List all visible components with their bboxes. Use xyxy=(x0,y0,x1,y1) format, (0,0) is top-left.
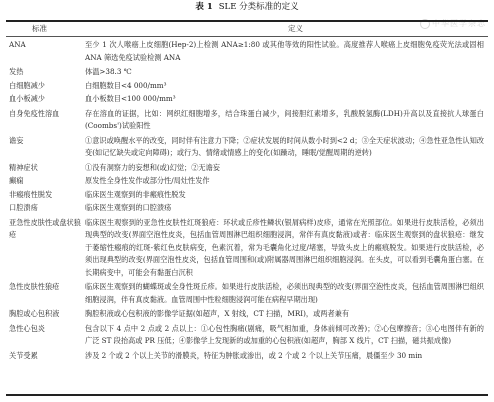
table-row: 发热 体温>38.3 ℃ xyxy=(6,66,488,79)
table-header-rule xyxy=(6,36,488,37)
table-body: ANA 至少 1 次人喉癌上皮细胞(Hep-2)上检测 ANA≥1:80 或其他… xyxy=(6,39,488,362)
row-term: ANA xyxy=(6,39,85,64)
row-term: 非瘢痕性脱发 xyxy=(6,189,85,202)
table-row: 自身免疫性溶血 存在溶血的证据，比如：网织红细胞增多，结合珠蛋白减少，间接胆红素… xyxy=(6,108,488,133)
row-term: 胸腔或心包积液 xyxy=(6,308,85,321)
table-row: 亚急性皮肤性或盘状狼疮 临床医生观察到的亚急性皮肤性红斑狼疮：环状或丘疹性鳞状(… xyxy=(6,217,488,280)
row-definition: 包含以下 4 点中 2 点或 2 点以上：①心包性胸痛(剧痛，吸气相加重，身体前… xyxy=(85,323,488,348)
row-term: 自身免疫性溶血 xyxy=(6,108,85,133)
table-title: 表 1SLE 分类标准的定义 xyxy=(0,1,494,13)
table-row: 非瘢痕性脱发 临床医生观察到的非瘢痕性脱发 xyxy=(6,189,488,202)
table-row: 精神症状 ①没有洞察力的妄想和(或)幻觉；②无谵妄 xyxy=(6,162,488,175)
row-term: 精神症状 xyxy=(6,162,85,175)
header-criterion: 标准 xyxy=(32,22,47,36)
row-definition: 存在溶血的证据，比如：网织红细胞增多，结合珠蛋白减少，间接胆红素增多，乳酸脱氢酶… xyxy=(85,108,488,133)
table-row: 关节受累 涉及 2 个或 2 个以上关节的滑膜炎，特征为肿胀或渗出，或 2 个或… xyxy=(6,350,488,363)
row-term: 癫痫 xyxy=(6,175,85,188)
row-term: 谵妄 xyxy=(6,135,85,160)
table-number: 表 1 xyxy=(195,2,212,12)
row-term: 急性皮肤性狼疮 xyxy=(6,281,85,306)
row-definition: 血小板数目<100 000/mm³ xyxy=(85,93,488,106)
row-definition: 涉及 2 个或 2 个以上关节的滑膜炎，特征为肿胀或渗出，或 2 个或 2 个以… xyxy=(85,350,488,363)
table-row: 急性皮肤性狼疮 临床医生观察到的蝴蝶斑或全身性斑丘疹。如果进行皮肤活检，必须出现… xyxy=(6,281,488,306)
row-term: 关节受累 xyxy=(6,350,85,363)
row-term: 白细胞减少 xyxy=(6,80,85,93)
table-row: ANA 至少 1 次人喉癌上皮细胞(Hep-2)上检测 ANA≥1:80 或其他… xyxy=(6,39,488,64)
table-row: 白细胞减少 白细胞数目<4 000/mm³ xyxy=(6,80,488,93)
table-row: 谵妄 ①意识或唤醒水平的改变，同时伴有注意力下降；②症状发展的时间从数小时到<2… xyxy=(6,135,488,160)
row-definition: 临床医生观察到的非瘢痕性脱发 xyxy=(85,189,488,202)
table-row: 癫痫 原发性全身性发作或部分性/局灶性发作 xyxy=(6,175,488,188)
row-definition: 胸腔积液或心包积液的影像学证据(如超声，X 射线，CT 扫描，MRI)，或两者兼… xyxy=(85,308,488,321)
header-definition: 定义 xyxy=(288,22,303,36)
row-definition: 临床医生观察到的亚急性皮肤性红斑狼疮：环状或丘疹性鳞状(银屑病样)皮疹，通常在光… xyxy=(85,217,488,280)
table-row: 血小板减少 血小板数目<100 000/mm³ xyxy=(6,93,488,106)
row-term: 发热 xyxy=(6,66,85,79)
table-row: 急性心包炎 包含以下 4 点中 2 点或 2 点以上：①心包性胸痛(剧痛，吸气相… xyxy=(6,323,488,348)
table-row: 口腔溃疡 临床医生观察到的口腔溃疡 xyxy=(6,202,488,215)
row-definition: 白细胞数目<4 000/mm³ xyxy=(85,80,488,93)
table-row: 胸腔或心包积液 胸腔积液或心包积液的影像学证据(如超声，X 射线，CT 扫描，M… xyxy=(6,308,488,321)
row-definition: ①意识或唤醒水平的改变，同时伴有注意力下降；②症状发展的时间从数小时到<2 d；… xyxy=(85,135,488,160)
row-term: 亚急性皮肤性或盘状狼疮 xyxy=(6,217,85,280)
row-definition: 临床医生观察到的口腔溃疡 xyxy=(85,202,488,215)
row-term: 急性心包炎 xyxy=(6,323,85,348)
row-definition: 体温>38.3 ℃ xyxy=(85,66,488,79)
row-definition: 至少 1 次人喉癌上皮细胞(Hep-2)上检测 ANA≥1:80 或其他等效的阳… xyxy=(85,39,488,64)
row-definition: 原发性全身性发作或部分性/局灶性发作 xyxy=(85,175,488,188)
table-header: 标准 定义 xyxy=(6,22,488,36)
row-definition: 临床医生观察到的蝴蝶斑或全身性斑丘疹。如果进行皮肤活检，必须出现典型的改变(界面… xyxy=(85,281,488,306)
row-term: 血小板减少 xyxy=(6,93,85,106)
row-term: 口腔溃疡 xyxy=(6,202,85,215)
row-definition: ①没有洞察力的妄想和(或)幻觉；②无谵妄 xyxy=(85,162,488,175)
table-bottom-rule xyxy=(6,394,488,396)
table-title-text: SLE 分类标准的定义 xyxy=(219,2,299,12)
